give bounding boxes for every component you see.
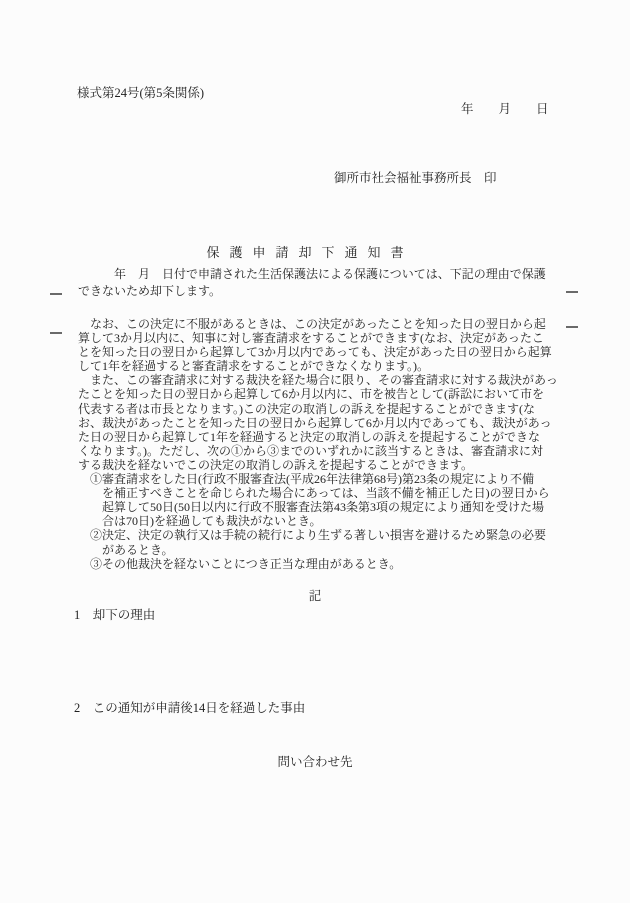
binding-mark-right-bottom — [566, 326, 578, 328]
issue-date-line: 年 月 日 — [461, 102, 549, 117]
record-heading: 記 — [0, 589, 630, 604]
appeal-rights-paragraph: なお、この決定に不服があるときは、この決定があったことを知った日の翌日から起 算… — [78, 317, 558, 571]
intro-paragraph: 年 月 日付で申請された生活保護法による保護については、下記の理由で保護 できな… — [78, 266, 546, 300]
rejection-reason-item: 1 却下の理由 — [74, 608, 155, 623]
binding-mark-left-top — [50, 293, 62, 295]
elapsed-14days-item: 2 この通知が申請後14日を経過した事由 — [74, 701, 305, 716]
form-number: 様式第24号(第5条関係) — [77, 86, 204, 101]
inquiry-contact-label: 問い合わせ先 — [0, 755, 630, 770]
binding-mark-right-top — [566, 291, 578, 293]
document-title: 保護申請却下通知書 — [0, 245, 630, 261]
binding-mark-left-bottom — [50, 332, 62, 334]
document-page: 様式第24号(第5条関係) 年 月 日 御所市社会福祉事務所長 印 保護申請却下… — [0, 0, 630, 903]
issuer-signature-line: 御所市社会福祉事務所長 印 — [334, 171, 497, 186]
